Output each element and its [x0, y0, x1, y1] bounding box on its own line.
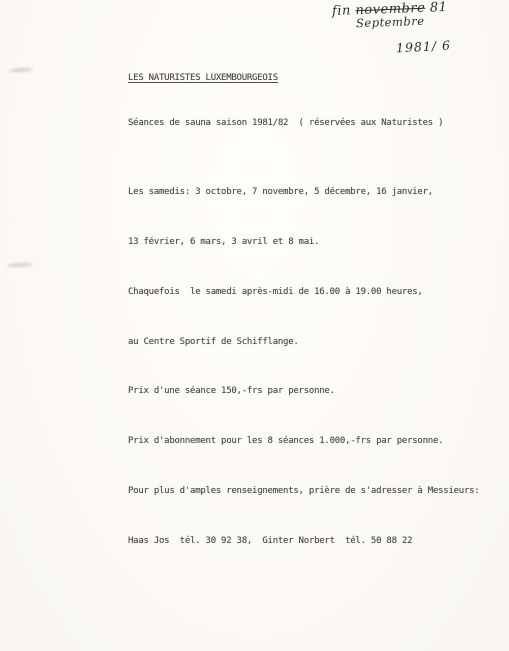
body-line-price-subscription: Prix d'abonnement pour les 8 séances 1.0… — [128, 433, 479, 450]
body-line-price-single: Prix d'une séance 150,-frs par personne. — [128, 383, 479, 400]
body-line-sessions-dates-1: Les samedis: 3 octobre, 7 novembre, 5 dé… — [128, 184, 479, 201]
pencil-smudge-mid-left — [7, 262, 33, 267]
handwritten-month-correction: Septembre — [356, 14, 425, 30]
document-title: LES NATURISTES LUXEMBOURGEOIS — [128, 73, 278, 83]
handwritten-reference-number: 1981/ 6 — [396, 38, 452, 56]
pencil-smudge-top-left — [9, 67, 33, 73]
body-line-schedule-hours: Chaquefois le samedi après-midi de 16.00… — [128, 284, 479, 301]
body-line-contact-phones: Haas Jos tél. 30 92 38, Ginter Norbert t… — [128, 533, 479, 550]
document-body: Les samedis: 3 octobre, 7 novembre, 5 dé… — [128, 151, 479, 582]
handwritten-date-prefix: fin — [332, 3, 356, 19]
body-line-sessions-dates-2: 13 février, 6 mars, 3 avril et 8 mai. — [128, 234, 479, 251]
body-line-contact-intro: Pour plus d'amples renseignements, prièr… — [128, 483, 479, 500]
handwritten-date-year: 81 — [425, 0, 448, 16]
document-subtitle: Séances de sauna saison 1981/82 ( réserv… — [128, 118, 443, 128]
body-line-location: au Centre Sportif de Schifflange. — [128, 334, 479, 351]
scanned-document-page: fin novembre 81 Septembre 1981/ 6 LES NA… — [0, 0, 509, 651]
